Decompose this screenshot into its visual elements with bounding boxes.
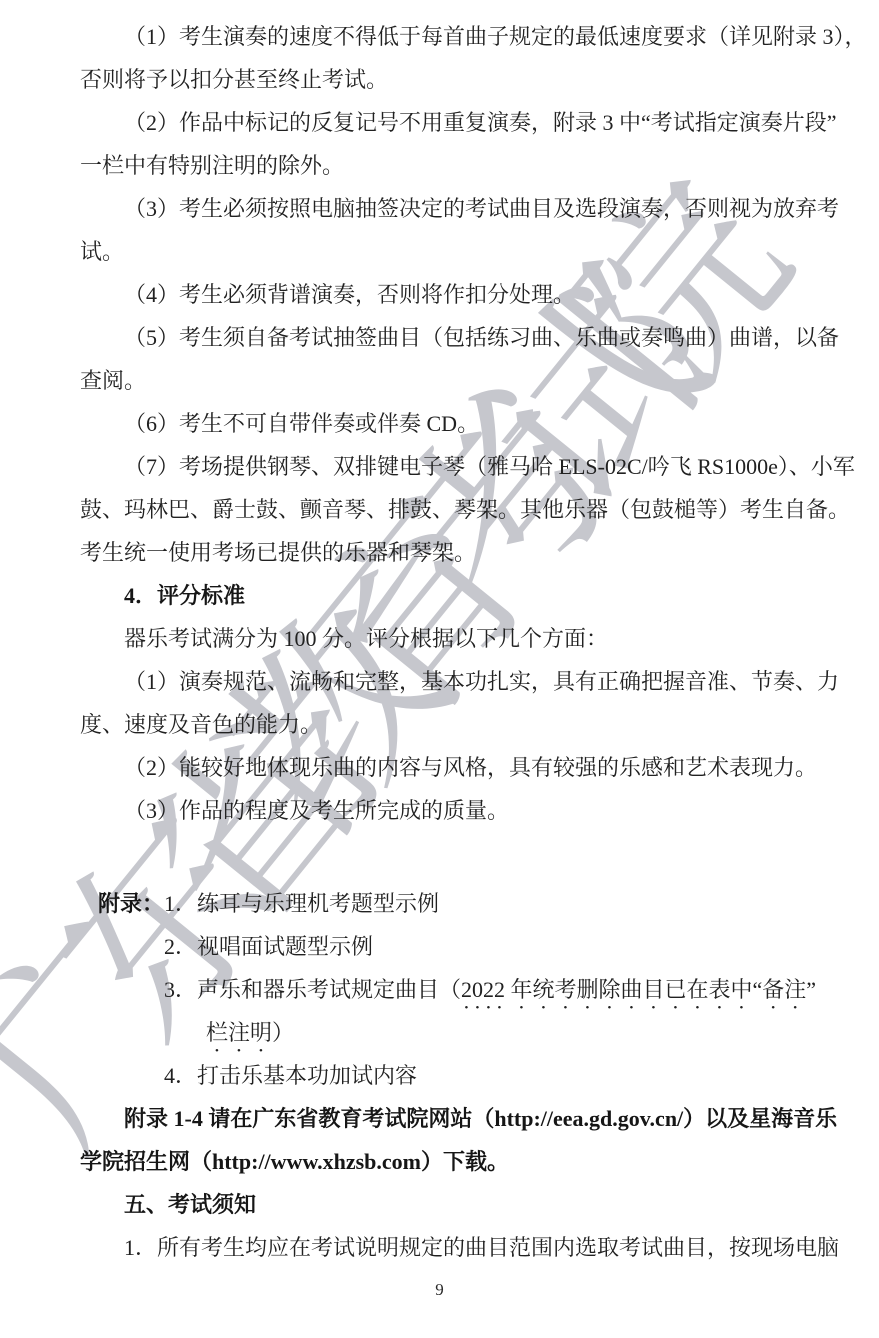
download-note-line-2: 学院招生网（http://www.xhzsb.com）下载。 [80,1140,839,1183]
rule-1-line-2: 否则将予以扣分甚至终止考试。 [80,58,839,101]
rule-5-line-2: 查阅。 [80,359,839,402]
rule-7-line-1: （7）考场提供钢琴、双排键电子琴（雅马哈 ELS-02C/吟飞 RS1000e）… [80,445,839,488]
appendix-item-1: 1．练耳与乐理机考题型示例 [164,891,439,916]
appendix-item-3-continuation-emphasized: 栏注明） [206,1020,294,1045]
criterion-3-line-1: （3）作品的程度及考生所完成的质量。 [80,789,839,832]
appendix-item-3-emphasized: 2022 年统考删除曲目已在表中“备注” [461,977,816,1002]
rule-7-line-3: 考生统一使用考场已提供的乐器和琴架。 [80,531,839,574]
rule-6-line-1: （6）考生不可自带伴奏或伴奏 CD。 [80,402,839,445]
criterion-1-line-2: 度、速度及音色的能力。 [80,703,839,746]
rule-2-line-2: 一栏中有特别注明的除外。 [80,144,839,187]
appendix-item-4: 4．打击乐基本功加试内容 [80,1054,839,1097]
criterion-2-line-1: （2）能较好地体现乐曲的内容与风格，具有较强的乐感和艺术表现力。 [80,746,839,789]
exam-notice-section-title: 五、考试须知 [80,1183,839,1226]
appendix-item-2: 2．视唱面试题型示例 [80,925,839,968]
rule-3-line-1: （3）考生必须按照电脑抽签决定的考试曲目及选段演奏，否则视为放弃考 [80,187,839,230]
appendix-heading-line: 附录：1．练耳与乐理机考题型示例 [80,882,839,925]
document-page: 广东省教育考试院 （1）考生演奏的速度不得低于每首曲子规定的最低速度要求（详见附… [0,0,879,1338]
rule-7-line-2: 鼓、玛林巴、爵士鼓、颤音琴、排鼓、琴架。其他乐器（包鼓槌等）考生自备。 [80,488,839,531]
scoring-intro: 器乐考试满分为 100 分。评分根据以下几个方面： [80,617,839,660]
page-number: 9 [0,1280,879,1300]
appendix-item-3-continuation: 栏注明） [80,1011,839,1054]
appendix-label: 附录： [98,891,164,916]
rule-5-line-1: （5）考生须自备考试抽签曲目（包括练习曲、乐曲或奏鸣曲）曲谱，以备 [80,316,839,359]
rule-1-line-1: （1）考生演奏的速度不得低于每首曲子规定的最低速度要求（详见附录 3）， [80,15,839,58]
appendix-list: 附录：1．练耳与乐理机考题型示例 2．视唱面试题型示例 3．声乐和器乐考试规定曲… [80,882,839,1097]
page-content: （1）考生演奏的速度不得低于每首曲子规定的最低速度要求（详见附录 3）， 否则将… [0,0,879,1269]
download-note-line-1: 附录 1-4 请在广东省教育考试院网站（http://eea.gd.gov.cn… [80,1097,839,1140]
criterion-1-line-1: （1）演奏规范、流畅和完整，基本功扎实，具有正确把握音准、节奏、力 [80,660,839,703]
notice-1-line-1: 1．所有考生均应在考试说明规定的曲目范围内选取考试曲目，按现场电脑 [80,1226,839,1269]
appendix-item-3: 3．声乐和器乐考试规定曲目（2022 年统考删除曲目已在表中“备注” [80,968,839,1011]
appendix-item-3-prefix: 3．声乐和器乐考试规定曲目（ [164,977,461,1002]
rule-2-line-1: （2）作品中标记的反复记号不用重复演奏，附录 3 中“考试指定演奏片段” [80,101,839,144]
rule-4-line-1: （4）考生必须背谱演奏，否则将作扣分处理。 [80,273,839,316]
scoring-section-title: 4．评分标准 [80,574,839,617]
rule-3-line-2: 试。 [80,230,839,273]
